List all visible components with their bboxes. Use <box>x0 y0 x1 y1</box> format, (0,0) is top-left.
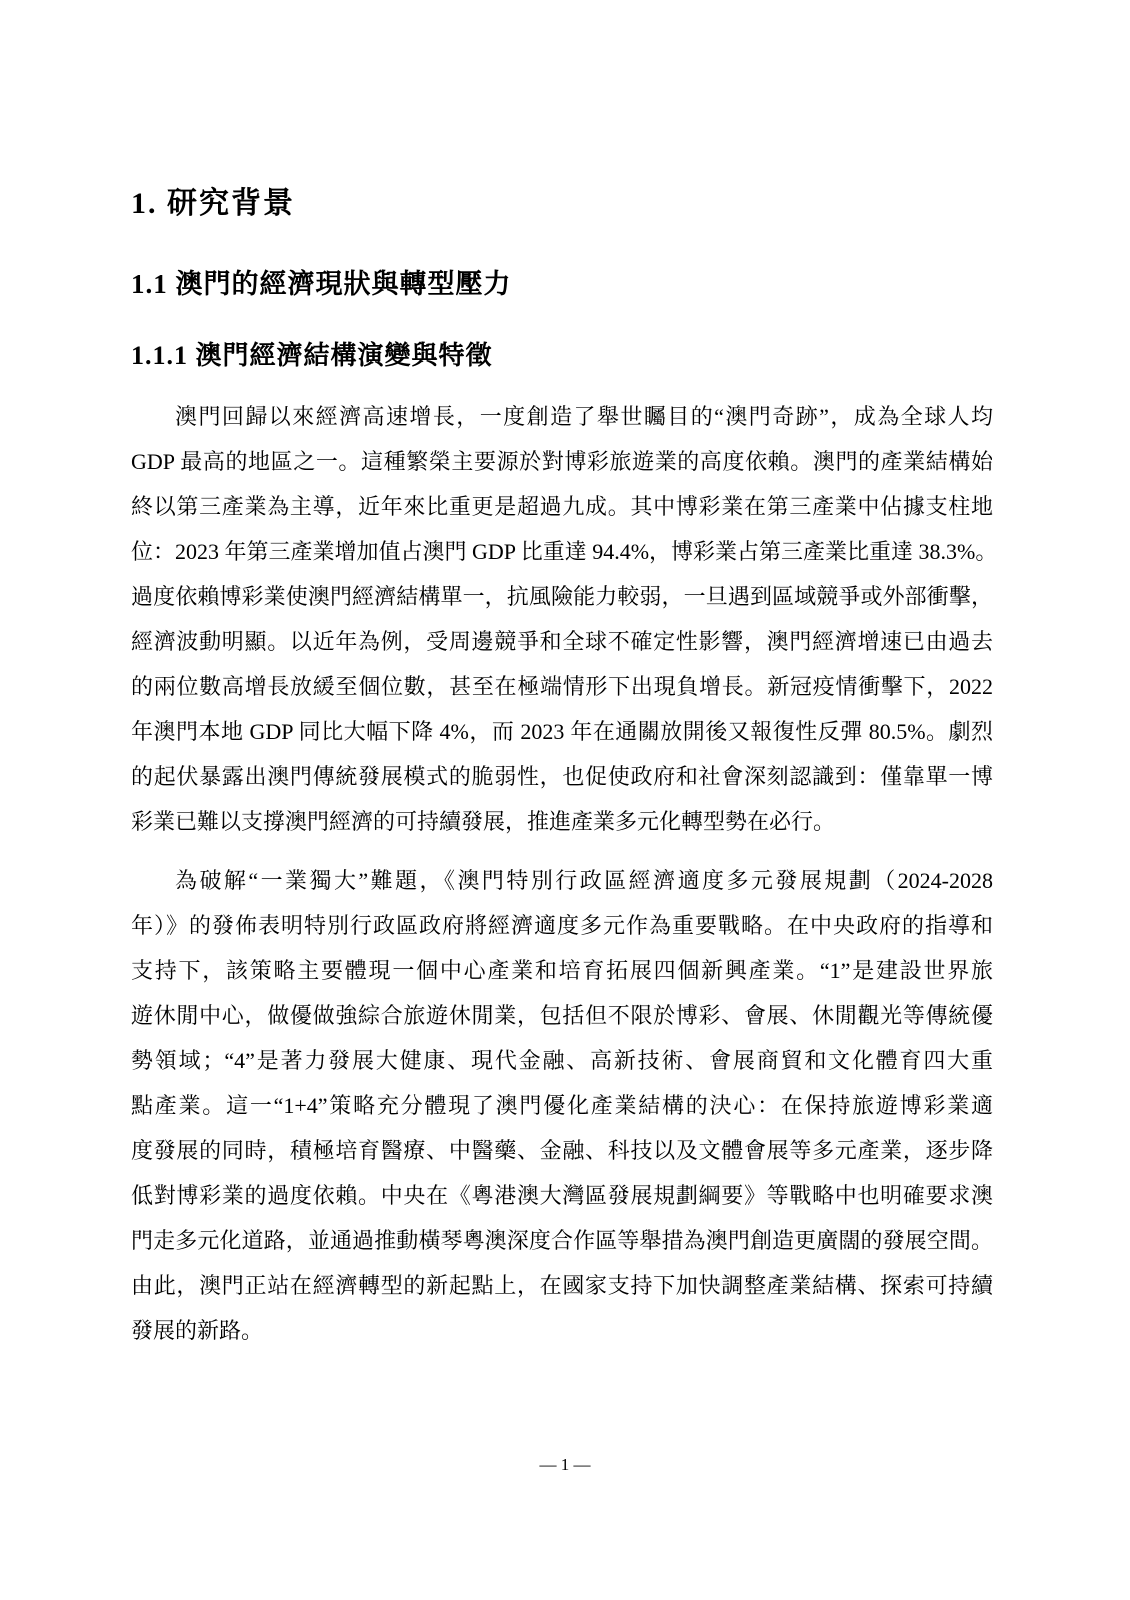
text-line: 支持下，該策略主要體現一個中心產業和培育拓展四個新興產業。“1”是建設世界旅 <box>131 948 993 993</box>
text-line: 澳門回歸以來經濟高速增長，一度創造了舉世矚目的“澳門奇跡”，成為全球人均 <box>131 394 993 439</box>
text-line: 由此，澳門正站在經濟轉型的新起點上，在國家支持下加快調整產業結構、探索可持續 <box>131 1263 993 1308</box>
text-line: 的起伏暴露出澳門傳統發展模式的脆弱性，也促使政府和社會深刻認識到：僅靠單一博 <box>131 754 993 799</box>
document-content: 1. 研究背景 1.1 澳門的經濟現狀與轉型壓力 1.1.1 澳門經濟結構演變與… <box>131 0 993 1353</box>
subsection-heading: 1.1 澳門的經濟現狀與轉型壓力 <box>131 268 993 300</box>
paragraph-1: 澳門回歸以來經濟高速增長，一度創造了舉世矚目的“澳門奇跡”，成為全球人均 GDP… <box>131 394 993 844</box>
text-line: GDP 最高的地區之一。這種繁榮主要源於對博彩旅遊業的高度依賴。澳門的產業結構始 <box>131 439 993 484</box>
text-line: 勢領域；“4”是著力發展大健康、現代金融、高新技術、會展商貿和文化體育四大重 <box>131 1038 993 1083</box>
text-line: 過度依賴博彩業使澳門經濟結構單一，抗風險能力較弱，一旦遇到區域競爭或外部衝擊， <box>131 574 993 619</box>
text-line: 門走多元化道路，並通過推動橫琴粵澳深度合作區等舉措為澳門創造更廣闊的發展空間。 <box>131 1218 993 1263</box>
text-line: 位：2023 年第三產業增加值占澳門 GDP 比重達 94.4%，博彩業占第三產… <box>131 529 993 574</box>
text-line: 年澳門本地 GDP 同比大幅下降 4%，而 2023 年在通關放開後又報復性反彈… <box>131 709 993 754</box>
text-line: 終以第三產業為主導，近年來比重更是超過九成。其中博彩業在第三產業中佔據支柱地 <box>131 484 993 529</box>
section-heading: 1. 研究背景 <box>131 0 993 222</box>
document-page: 1. 研究背景 1.1 澳門的經濟現狀與轉型壓力 1.1.1 澳門經濟結構演變與… <box>0 0 1130 1600</box>
text-line: 年）》的發佈表明特別行政區政府將經濟適度多元作為重要戰略。在中央政府的指導和 <box>131 903 993 948</box>
text-line: 度發展的同時，積極培育醫療、中醫藥、金融、科技以及文體會展等多元產業，逐步降 <box>131 1128 993 1173</box>
page-number: — 1 — <box>0 1455 1130 1475</box>
text-line: 遊休閒中心，做優做強綜合旅遊休閒業，包括但不限於博彩、會展、休閒觀光等傳統優 <box>131 993 993 1038</box>
text-line: 為破解“一業獨大”難題，《澳門特別行政區經濟適度多元發展規劃（2024-2028 <box>131 858 993 903</box>
text-line: 的兩位數高增長放緩至個位數，甚至在極端情形下出現負增長。新冠疫情衝擊下，2022 <box>131 664 993 709</box>
text-line: 點產業。這一“1+4”策略充分體現了澳門優化產業結構的決心：在保持旅遊博彩業適 <box>131 1083 993 1128</box>
paragraph-2: 為破解“一業獨大”難題，《澳門特別行政區經濟適度多元發展規劃（2024-2028… <box>131 858 993 1353</box>
text-line: 低對博彩業的過度依賴。中央在《粵港澳大灣區發展規劃綱要》等戰略中也明確要求澳 <box>131 1173 993 1218</box>
text-line: 彩業已難以支撐澳門經濟的可持續發展，推進產業多元化轉型勢在必行。 <box>131 799 993 844</box>
subsubsection-heading: 1.1.1 澳門經濟結構演變與特徵 <box>131 340 993 371</box>
text-line: 經濟波動明顯。以近年為例，受周邊競爭和全球不確定性影響，澳門經濟增速已由過去 <box>131 619 993 664</box>
text-line: 發展的新路。 <box>131 1308 993 1353</box>
